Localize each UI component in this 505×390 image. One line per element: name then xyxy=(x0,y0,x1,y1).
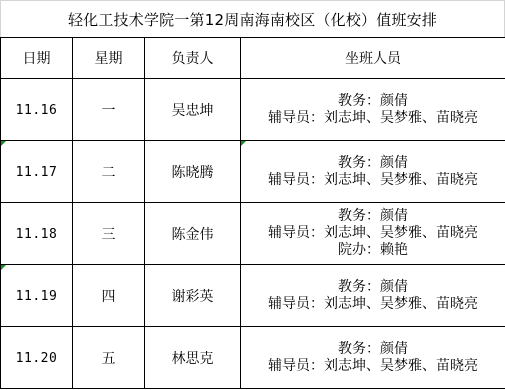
staff-cell[interactable]: 教务：颜倩 辅导员：刘志坤、吴梦雅、苗晓亮 xyxy=(241,327,505,389)
weekday-cell[interactable]: 三 xyxy=(73,203,145,265)
table-row: 11.19 四 谢彩英 教务：颜倩 辅导员：刘志坤、吴梦雅、苗晓亮 xyxy=(1,265,505,327)
sheet-title[interactable]: 轻化工技术学院一第12周南海南校区（化校）值班安排 xyxy=(0,0,505,37)
comment-marker-icon[interactable] xyxy=(1,141,6,146)
date-value: 11.20 xyxy=(16,351,58,366)
staff-cell[interactable]: 教务：颜倩 辅导员：刘志坤、吴梦雅、苗晓亮 xyxy=(241,141,505,203)
staff-academic: 教务：颜倩 xyxy=(241,279,505,296)
header-date[interactable]: 日期 xyxy=(1,38,73,79)
lead-cell[interactable]: 林思克 xyxy=(145,327,241,389)
staff-academic: 教务：颜倩 xyxy=(241,93,505,110)
staff-counselors: 辅导员：刘志坤、吴梦雅、苗晓亮 xyxy=(241,110,505,127)
staff-counselors: 辅导员：刘志坤、吴梦雅、苗晓亮 xyxy=(241,225,505,242)
weekday-cell[interactable]: 四 xyxy=(73,265,145,327)
header-staff[interactable]: 坐班人员 xyxy=(241,38,505,79)
date-value: 11.18 xyxy=(16,227,58,242)
staff-academic: 教务：颜倩 xyxy=(241,208,505,225)
comment-marker-icon[interactable] xyxy=(241,141,246,146)
staff-office: 院办：赖艳 xyxy=(241,242,505,259)
date-value: 11.17 xyxy=(16,165,58,180)
header-lead[interactable]: 负责人 xyxy=(145,38,241,79)
staff-cell[interactable]: 教务：颜倩 辅导员：刘志坤、吴梦雅、苗晓亮 xyxy=(241,265,505,327)
lead-cell[interactable]: 吴忠坤 xyxy=(145,79,241,141)
header-row: 日期 星期 负责人 坐班人员 xyxy=(1,38,505,79)
header-weekday[interactable]: 星期 xyxy=(73,38,145,79)
date-value: 11.16 xyxy=(16,103,58,118)
date-cell[interactable]: 11.17 xyxy=(1,141,73,203)
table-row: 11.17 二 陈晓腾 教务：颜倩 辅导员：刘志坤、吴梦雅、苗晓亮 xyxy=(1,141,505,203)
table-row: 11.18 三 陈金伟 教务：颜倩 辅导员：刘志坤、吴梦雅、苗晓亮 院办：赖艳 xyxy=(1,203,505,265)
weekday-cell[interactable]: 二 xyxy=(73,141,145,203)
duty-schedule-table: 日期 星期 负责人 坐班人员 11.16 一 吴忠坤 教务：颜倩 辅导员：刘志坤… xyxy=(0,37,505,389)
schedule-sheet: 轻化工技术学院一第12周南海南校区（化校）值班安排 日期 星期 负责人 坐班人员… xyxy=(0,0,505,390)
date-value: 11.19 xyxy=(16,289,58,304)
staff-cell[interactable]: 教务：颜倩 辅导员：刘志坤、吴梦雅、苗晓亮 院办：赖艳 xyxy=(241,203,505,265)
date-cell[interactable]: 11.19 xyxy=(1,265,73,327)
staff-counselors: 辅导员：刘志坤、吴梦雅、苗晓亮 xyxy=(241,358,505,375)
staff-academic: 教务：颜倩 xyxy=(241,341,505,358)
lead-cell[interactable]: 陈金伟 xyxy=(145,203,241,265)
comment-marker-icon[interactable] xyxy=(1,265,6,270)
lead-cell[interactable]: 陈晓腾 xyxy=(145,141,241,203)
staff-academic: 教务：颜倩 xyxy=(241,155,505,172)
date-cell[interactable]: 11.20 xyxy=(1,327,73,389)
staff-counselors: 辅导员：刘志坤、吴梦雅、苗晓亮 xyxy=(241,172,505,189)
table-row: 11.16 一 吴忠坤 教务：颜倩 辅导员：刘志坤、吴梦雅、苗晓亮 xyxy=(1,79,505,141)
table-row: 11.20 五 林思克 教务：颜倩 辅导员：刘志坤、吴梦雅、苗晓亮 xyxy=(1,327,505,389)
staff-cell[interactable]: 教务：颜倩 辅导员：刘志坤、吴梦雅、苗晓亮 xyxy=(241,79,505,141)
date-cell[interactable]: 11.18 xyxy=(1,203,73,265)
weekday-cell[interactable]: 一 xyxy=(73,79,145,141)
lead-cell[interactable]: 谢彩英 xyxy=(145,265,241,327)
date-cell[interactable]: 11.16 xyxy=(1,79,73,141)
staff-counselors: 辅导员：刘志坤、吴梦雅、苗晓亮 xyxy=(241,296,505,313)
weekday-cell[interactable]: 五 xyxy=(73,327,145,389)
